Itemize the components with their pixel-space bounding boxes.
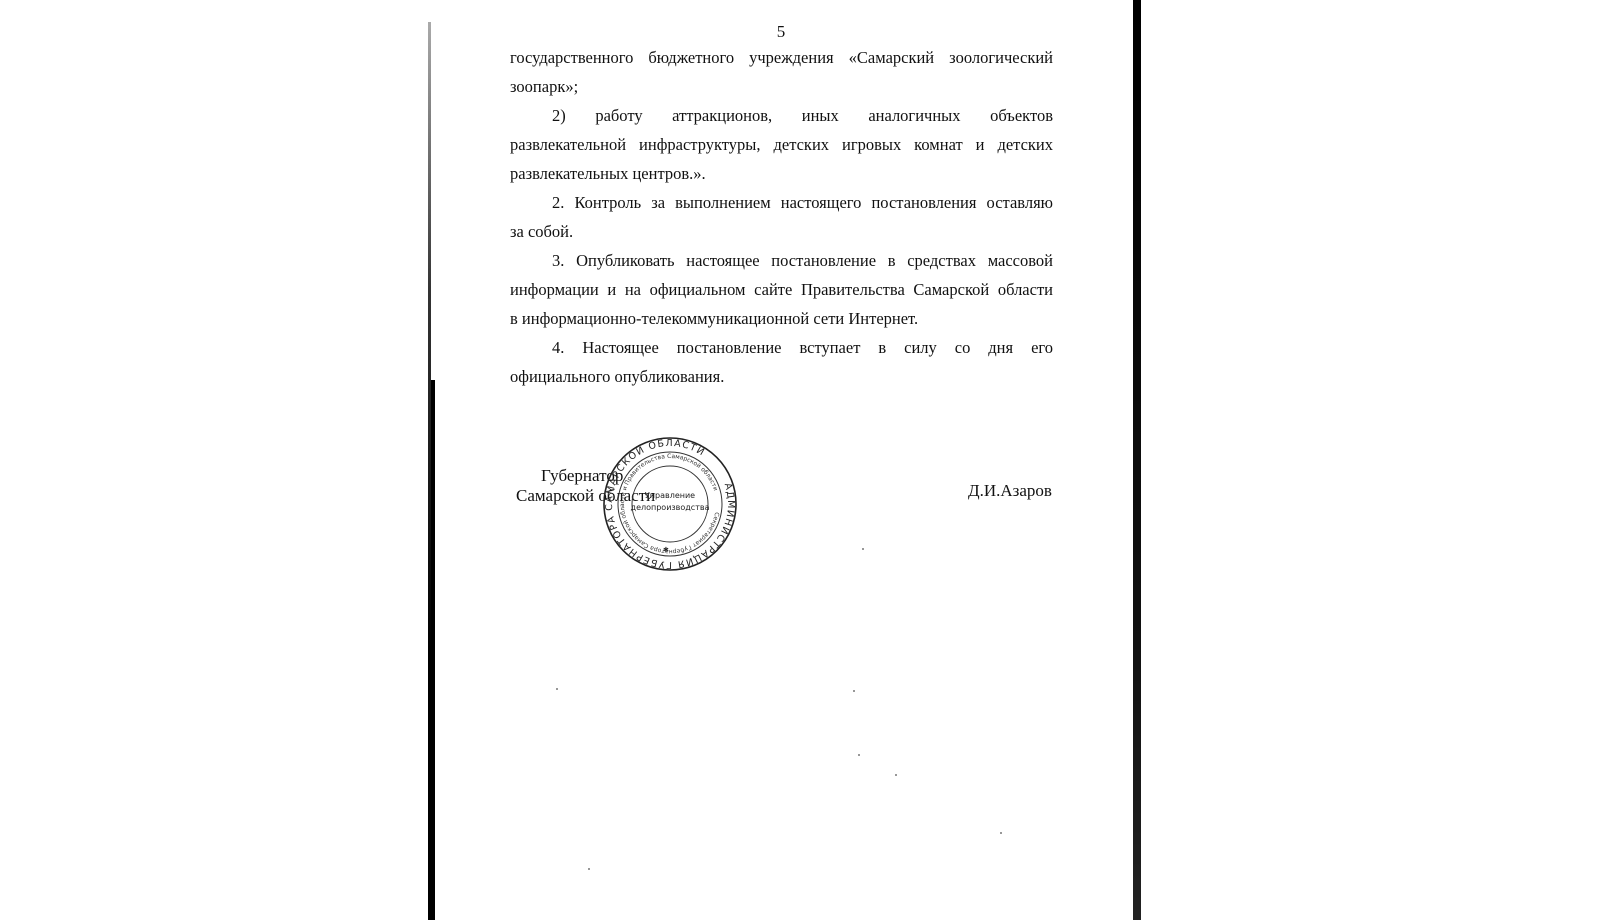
scan-speck	[853, 690, 855, 692]
stamp-center-line2: делопроизводства	[631, 503, 710, 512]
scan-speck	[858, 754, 860, 756]
text-line: в информационно-телекоммуникационной сет…	[510, 309, 1053, 329]
text-line: за собой.	[510, 222, 1053, 242]
scan-speck	[1000, 832, 1002, 834]
official-stamp: АДМИНИСТРАЦИЯ ГУБЕРНАТОРА САМАРСКОЙ ОБЛА…	[600, 436, 740, 572]
scan-page-edge-left-shadow	[431, 380, 435, 920]
scan-speck	[862, 548, 864, 550]
text-line: зоопарк»;	[510, 77, 1053, 97]
text-line: 4. Настоящее постановление вступает в си…	[552, 338, 1053, 358]
text-line: развлекательных центров.».	[510, 164, 1053, 184]
scan-page-edge-right	[1133, 0, 1141, 920]
text-line: 2. Контроль за выполнением настоящего по…	[552, 193, 1053, 213]
text-line: информации и на официальном сайте Правит…	[510, 280, 1053, 300]
page-number: 5	[774, 22, 788, 42]
text-line: 3. Опубликовать настоящее постановление …	[552, 251, 1053, 271]
text-line: официального опубликования.	[510, 367, 1053, 387]
scan-speck	[895, 774, 897, 776]
scan-speck	[588, 868, 590, 870]
text-line: государственного бюджетного учреждения «…	[510, 48, 1053, 68]
signature-name: Д.И.Азаров	[968, 481, 1052, 501]
text-line: развлекательной инфраструктуры, детских …	[510, 135, 1053, 155]
stamp-asterisk-icon: ✱	[663, 546, 669, 554]
text-line: 2) работу аттракционов, иных аналогичных…	[552, 106, 1053, 126]
scan-speck	[556, 688, 558, 690]
stamp-center-line1: Управление	[645, 491, 695, 500]
